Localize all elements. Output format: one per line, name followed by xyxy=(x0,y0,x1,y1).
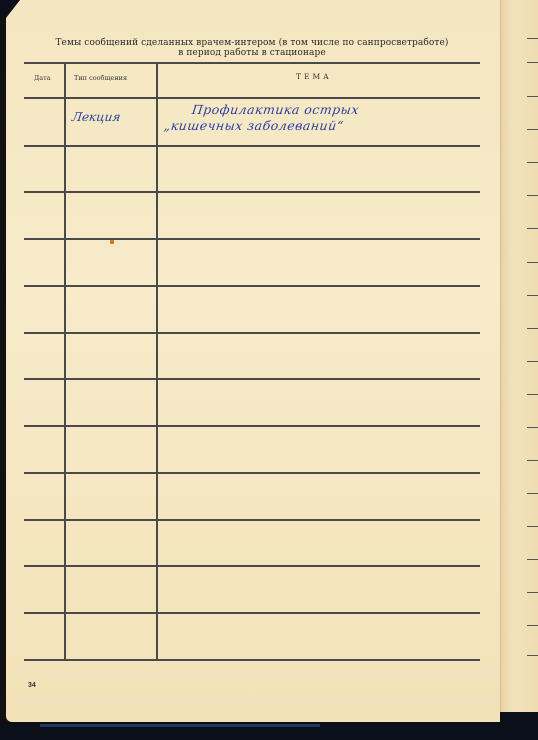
rule-tick xyxy=(527,38,538,39)
table-bottom-border xyxy=(24,659,480,661)
page-number: 34 xyxy=(28,682,36,689)
rule-tick xyxy=(527,559,538,560)
rule-tick xyxy=(527,62,538,63)
row-divider xyxy=(24,285,480,287)
bottom-edge-strip xyxy=(40,724,320,727)
row-divider xyxy=(24,519,480,521)
row-type: Лекция xyxy=(71,110,121,124)
row-divider xyxy=(24,612,480,614)
form-title-line1: Темы сообщений сделанных врачем-интером … xyxy=(24,38,480,48)
column-divider-date xyxy=(64,62,66,659)
rule-tick xyxy=(527,262,538,263)
rule-tick xyxy=(527,328,538,329)
row-topic-line2: „кишечных заболеваний“ xyxy=(163,118,345,133)
messages-table: Дата Тип сообщения ТЕМА Лекция Профилакт… xyxy=(24,62,480,659)
row-divider xyxy=(24,191,480,193)
rule-tick xyxy=(527,195,538,196)
rule-tick xyxy=(527,655,538,656)
page-corner xyxy=(6,0,20,18)
rule-tick xyxy=(527,493,538,494)
rule-tick xyxy=(527,129,538,130)
ink-stain xyxy=(110,240,114,244)
form-title: Темы сообщений сделанных врачем-интером … xyxy=(24,38,480,58)
row-divider xyxy=(24,472,480,474)
rule-tick xyxy=(527,361,538,362)
row-divider xyxy=(24,145,480,147)
column-divider-type xyxy=(156,62,158,659)
column-header-date: Дата xyxy=(34,74,51,82)
rule-tick xyxy=(527,625,538,626)
row-divider xyxy=(24,332,480,334)
rule-tick xyxy=(527,295,538,296)
form-title-line2: в период работы в стационаре xyxy=(24,48,480,58)
rule-tick xyxy=(527,526,538,527)
column-header-topic: ТЕМА xyxy=(296,72,332,81)
row-divider xyxy=(24,425,480,427)
row-divider xyxy=(24,378,480,380)
rule-tick xyxy=(527,228,538,229)
row-divider xyxy=(24,565,480,567)
table-top-border xyxy=(24,62,480,64)
rule-tick xyxy=(527,96,538,97)
header-bottom-border xyxy=(24,97,480,99)
adjacent-page-edge xyxy=(500,0,538,712)
row-divider xyxy=(24,238,480,240)
column-header-type: Тип сообщения xyxy=(74,74,127,82)
rule-tick xyxy=(527,592,538,593)
rule-tick xyxy=(527,460,538,461)
rule-tick xyxy=(527,427,538,428)
rule-tick xyxy=(527,162,538,163)
rule-tick xyxy=(527,394,538,395)
row-topic-line1: Профилактика острых xyxy=(191,102,360,117)
